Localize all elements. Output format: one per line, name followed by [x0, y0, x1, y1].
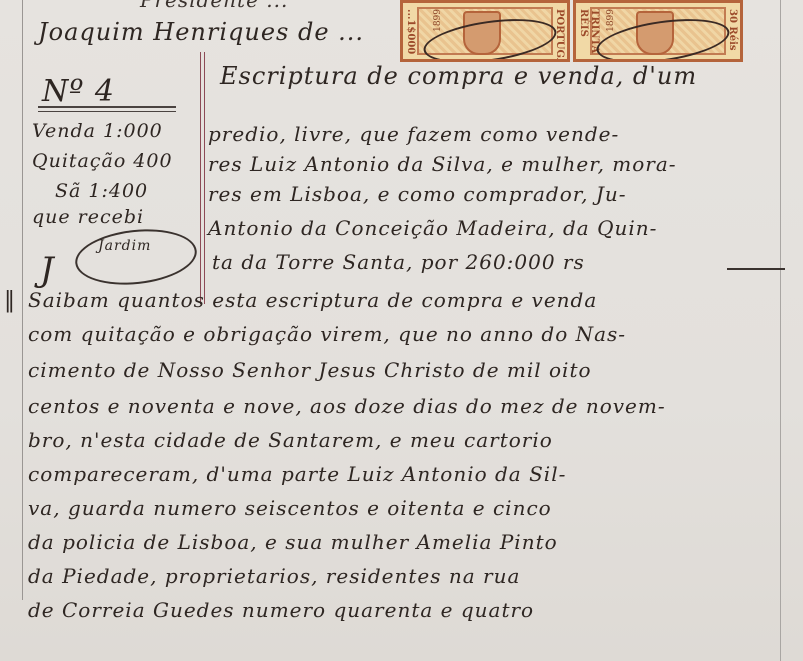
right-margin-rule: [780, 0, 781, 661]
margin-note-received: que recebi: [32, 206, 144, 228]
body-line: va, guarda numero seiscentos e oitenta e…: [28, 496, 552, 520]
body-line: res em Lisboa, e como comprador, Ju-: [208, 182, 626, 206]
red-margin-rule-inner: [204, 52, 205, 304]
body-line: da Piedade, proprietarios, residentes na…: [28, 564, 520, 588]
tax-stamp-1: ...1$000 1899 PORTUGAL: [400, 0, 570, 62]
document-page: ...1$000 1899 PORTUGAL TRINTA RÉIS 1899 …: [0, 0, 803, 661]
tax-stamp-2: TRINTA RÉIS 1899 30 Réis: [573, 0, 743, 62]
body-line: ta da Torre Santa, por 260:000 rs: [212, 250, 585, 274]
body-line: res Luiz Antonio da Silva, e mulher, mor…: [208, 152, 677, 176]
margin-note-total: Sã 1:400: [55, 180, 148, 202]
body-line: com quitação e obrigação virem, que no a…: [28, 322, 626, 346]
margin-note-receipt: Quitação 400: [32, 150, 173, 172]
body-line: compareceram, d'uma parte Luiz Antonio d…: [28, 462, 566, 486]
stamp-year: 1899: [433, 9, 443, 32]
body-line: da policia de Lisboa, e sua mulher Ameli…: [28, 530, 558, 554]
deed-title: Escriptura de compra e venda, d'um: [220, 62, 697, 90]
margin-note-sale: Venda 1:000: [32, 120, 163, 142]
document-number: Nº 4: [42, 74, 115, 109]
seal-signature-text: Jardim: [98, 238, 151, 254]
header-top-line: Presidente ...: [140, 0, 288, 12]
stamp-label-left: ...1$000: [405, 9, 416, 54]
number-underline: [38, 106, 176, 112]
body-line: cimento de Nosso Senhor Jesus Christo de…: [28, 358, 592, 382]
red-margin-rule: [200, 52, 201, 304]
body-line: bro, n'esta cidade de Santarem, e meu ca…: [28, 428, 553, 452]
body-line: centos e noventa e nove, aos doze dias d…: [28, 394, 666, 418]
body-line: Saibam quantos esta escriptura de compra…: [28, 288, 597, 312]
stamp-year: 1899: [606, 9, 616, 32]
amount-underline: [727, 268, 785, 270]
seal-initial: J: [40, 250, 55, 290]
body-line: predio, livre, que fazem como vende-: [208, 122, 619, 146]
body-line: de Correia Guedes numero quarenta e quat…: [28, 598, 534, 622]
header-name-line: Joaquim Henriques de ...: [38, 18, 364, 46]
tax-stamps: ...1$000 1899 PORTUGAL TRINTA RÉIS 1899 …: [400, 0, 743, 63]
paragraph-mark-icon: ‖: [4, 288, 16, 313]
signature-seal: [73, 224, 200, 290]
left-margin-rule: [22, 0, 23, 600]
body-line: Antonio da Conceição Madeira, da Quin-: [208, 216, 657, 240]
